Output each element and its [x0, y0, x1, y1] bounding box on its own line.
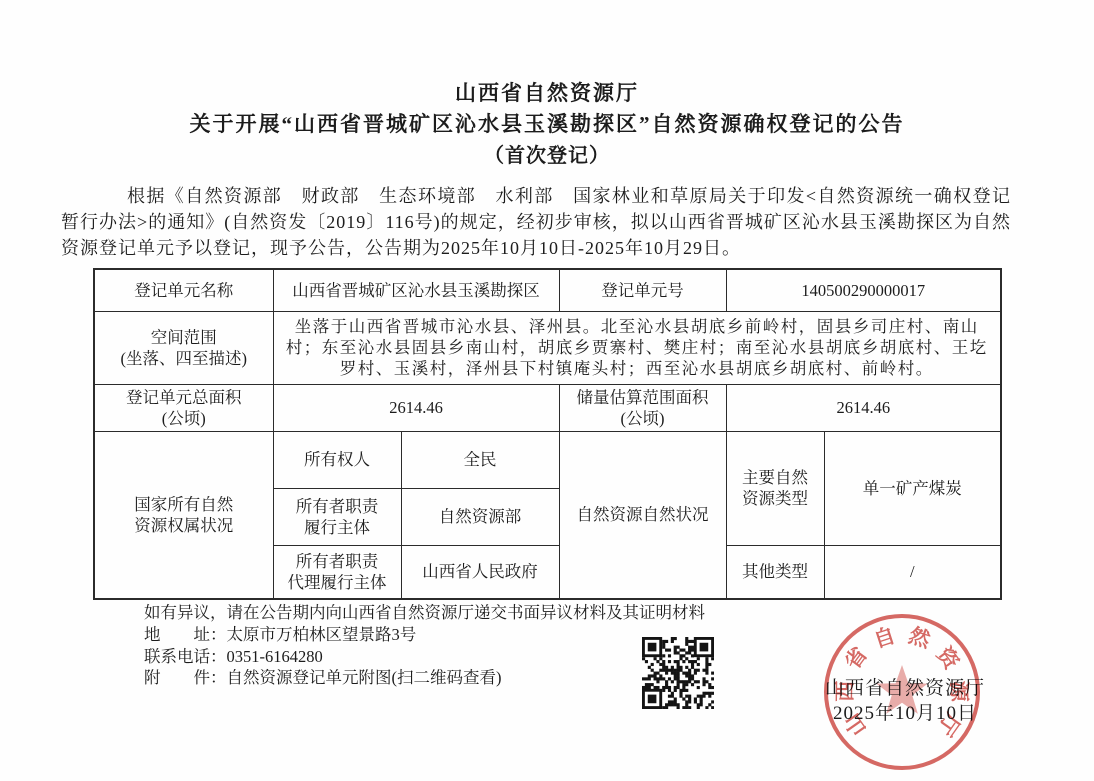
document-subtitle: （首次登记） — [0, 139, 1094, 168]
total-area-value: 2614.46 — [273, 384, 559, 431]
star-icon — [876, 665, 927, 714]
agent-subject-value: 山西省人民政府 — [401, 545, 559, 599]
svg-text:资: 资 — [932, 643, 964, 675]
document-main-title: 关于开展“山西省晋城矿区沁水县玉溪勘探区”自然资源确权登记的公告 — [0, 108, 1094, 138]
phone-line: 联系电话：0351-6164280 — [144, 646, 705, 668]
unit-no-value: 140500290000017 — [726, 269, 1001, 311]
ownership-status-label: 国家所有自然 资源权属状况 — [94, 431, 273, 599]
main-type-value: 单一矿产煤炭 — [824, 431, 1001, 545]
official-red-seal: 山西省自然资源厅 — [822, 612, 982, 772]
announcement-paragraph: 根据《自然资源部 财政部 生态环境部 水利部 国家林业和草原局关于印发<自然资源… — [61, 183, 1011, 261]
unit-name-label: 登记单元名称 — [94, 269, 273, 311]
attachment-line: 附 件：自然资源登记单元附图(扫二维码查看) — [144, 667, 705, 689]
svg-text:自: 自 — [871, 623, 898, 652]
svg-text:西: 西 — [833, 681, 857, 702]
total-area-label: 登记单元总面积 (公顷) — [94, 384, 273, 431]
unit-name-value: 山西省晋城矿区沁水县玉溪勘探区 — [273, 269, 559, 311]
agent-subject-label: 所有者职责 代理履行主体 — [273, 545, 401, 599]
reserve-area-value: 2614.46 — [726, 384, 1001, 431]
svg-text:山: 山 — [839, 709, 871, 740]
duty-subject-value: 自然资源部 — [401, 488, 559, 545]
spatial-scope-value: 坐落于山西省晋城市沁水县、泽州县。北至沁水县胡底乡前岭村，固县乡司庄村、南山村；… — [273, 311, 1001, 384]
address-line: 地 址：太原市万柏林区望景路3号 — [144, 624, 705, 646]
registration-table: 登记单元名称 山西省晋城矿区沁水县玉溪勘探区 登记单元号 14050029000… — [93, 268, 1002, 600]
svg-text:厅: 厅 — [933, 708, 965, 740]
owner-value: 全民 — [401, 431, 559, 488]
spatial-scope-label: 空间范围 (坐落、四至描述) — [94, 311, 273, 384]
main-type-label: 主要自然 资源类型 — [726, 431, 824, 545]
objection-note: 如有异议，请在公告期内向山西省自然资源厅递交书面异议材料及其证明材料 — [144, 602, 705, 624]
other-type-label: 其他类型 — [726, 545, 824, 599]
qr-code — [642, 637, 714, 709]
announcement-document: 山西省自然资源厅 关于开展“山西省晋城矿区沁水县玉溪勘探区”自然资源确权登记的公… — [0, 0, 1094, 781]
owner-label: 所有权人 — [273, 431, 401, 488]
svg-text:然: 然 — [906, 623, 934, 653]
other-type-value: / — [824, 545, 1001, 599]
unit-no-label: 登记单元号 — [559, 269, 726, 311]
reserve-area-label: 储量估算范围面积 (公顷) — [559, 384, 726, 431]
nature-status-label: 自然资源自然状况 — [559, 431, 726, 599]
svg-text:源: 源 — [947, 681, 971, 703]
document-org-title: 山西省自然资源厅 — [0, 77, 1094, 107]
duty-subject-label: 所有者职责 履行主体 — [273, 488, 401, 545]
footer-contact-block: 如有异议，请在公告期内向山西省自然资源厅递交书面异议材料及其证明材料 地 址：太… — [144, 602, 705, 689]
svg-text:省: 省 — [840, 643, 872, 674]
